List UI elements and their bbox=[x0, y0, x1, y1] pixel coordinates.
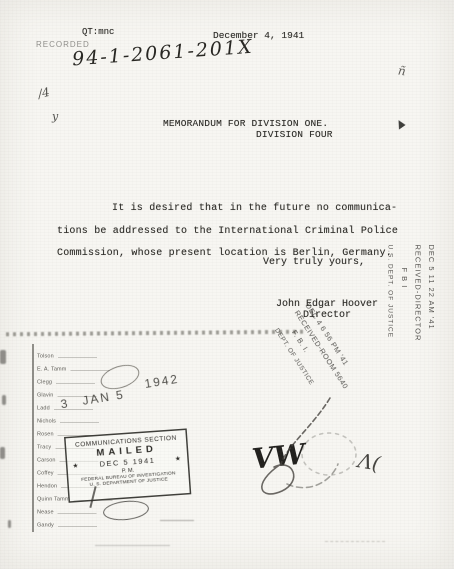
memo-heading-line1: MEMORANDUM FOR DIVISION ONE. bbox=[163, 118, 333, 129]
routing-name: Quinn Tamm bbox=[37, 496, 70, 502]
routing-name: E. A. Tamm bbox=[37, 366, 67, 372]
stamp-prefix: 3 bbox=[60, 396, 71, 411]
routing-name: Hendon bbox=[37, 483, 57, 489]
memo-heading-line2: DIVISION FOUR bbox=[256, 129, 333, 140]
star-icon: ★ bbox=[72, 461, 80, 470]
body-line: tions be addressed to the International … bbox=[57, 221, 398, 244]
routing-row: E. A. Tamm bbox=[37, 359, 113, 372]
routing-name: Tracy bbox=[37, 444, 51, 450]
routing-underline bbox=[58, 357, 97, 358]
pen-dash bbox=[160, 520, 194, 521]
routing-row: Tolson bbox=[37, 346, 113, 359]
body-line: It is desired that in the future no comm… bbox=[112, 198, 398, 221]
routing-name: Tolson bbox=[37, 353, 54, 359]
scan-artifact bbox=[0, 350, 6, 364]
pen-mark-icon: ñ bbox=[397, 64, 407, 79]
routing-row: Nichols bbox=[37, 411, 113, 424]
routing-name: Clegg bbox=[37, 379, 52, 385]
routing-name: Rosen bbox=[37, 431, 54, 437]
scanned-memo-page: QT:mnc RECORDED 94-1-2061-201X December … bbox=[0, 0, 454, 569]
date-line: December 4, 1941 bbox=[213, 30, 304, 41]
pen-blob-icon bbox=[394, 118, 405, 129]
routing-bracket-line bbox=[32, 344, 34, 532]
scan-artifact bbox=[2, 395, 6, 405]
scan-artifact bbox=[0, 447, 5, 459]
signer-name: John Edgar Hoover bbox=[276, 299, 378, 310]
received-director-stamp: DEC 5 11 22 AM '41 RECEIVED-DIRECTOR F B… bbox=[378, 245, 438, 360]
star-icon: ★ bbox=[175, 454, 183, 463]
routing-name: Glavin bbox=[37, 392, 53, 398]
routing-name: Coffey bbox=[37, 470, 54, 476]
pen-mark-icon: Λ( bbox=[356, 448, 382, 475]
mailed-stamp: COMMUNICATIONS SECTION MAILED ★ DEC 5 19… bbox=[64, 428, 191, 502]
stamp-line: RECEIVED-DIRECTOR bbox=[411, 245, 425, 360]
stamp-line: F B I bbox=[398, 268, 412, 360]
scan-artifact bbox=[8, 520, 11, 528]
pen-mark-icon: /4 bbox=[37, 85, 51, 101]
stamp-line: DEC 5 11 22 AM '41 bbox=[425, 245, 439, 360]
routing-underline bbox=[71, 370, 110, 371]
routing-name: Nease bbox=[37, 509, 54, 515]
pen-dash bbox=[325, 541, 385, 542]
memo-heading: MEMORANDUM FOR DIVISION ONE. DIVISION FO… bbox=[163, 118, 333, 140]
routing-name: Nichols bbox=[37, 418, 56, 424]
closing-line: Very truly yours, bbox=[263, 257, 365, 268]
stamp-line: U.S. DEPT. OF JUSTICE bbox=[384, 245, 398, 360]
pen-mark-icon: y bbox=[52, 110, 58, 123]
routing-row: Gandy bbox=[37, 515, 113, 528]
routing-underline bbox=[60, 422, 99, 423]
typist-initials: QT:mnc bbox=[82, 27, 114, 37]
routing-name: Ladd bbox=[37, 405, 50, 411]
memo-body: It is desired that in the future no comm… bbox=[57, 198, 398, 266]
routing-row: Nease bbox=[37, 502, 113, 515]
routing-underline bbox=[56, 383, 95, 384]
routing-underline bbox=[58, 526, 97, 527]
routing-underline bbox=[58, 513, 97, 514]
stamp-year: 1942 bbox=[144, 372, 180, 391]
pen-dash bbox=[95, 545, 170, 546]
routing-name: Gandy bbox=[37, 522, 54, 528]
fold-artifact bbox=[6, 330, 306, 337]
routing-name: Carson bbox=[37, 457, 56, 463]
